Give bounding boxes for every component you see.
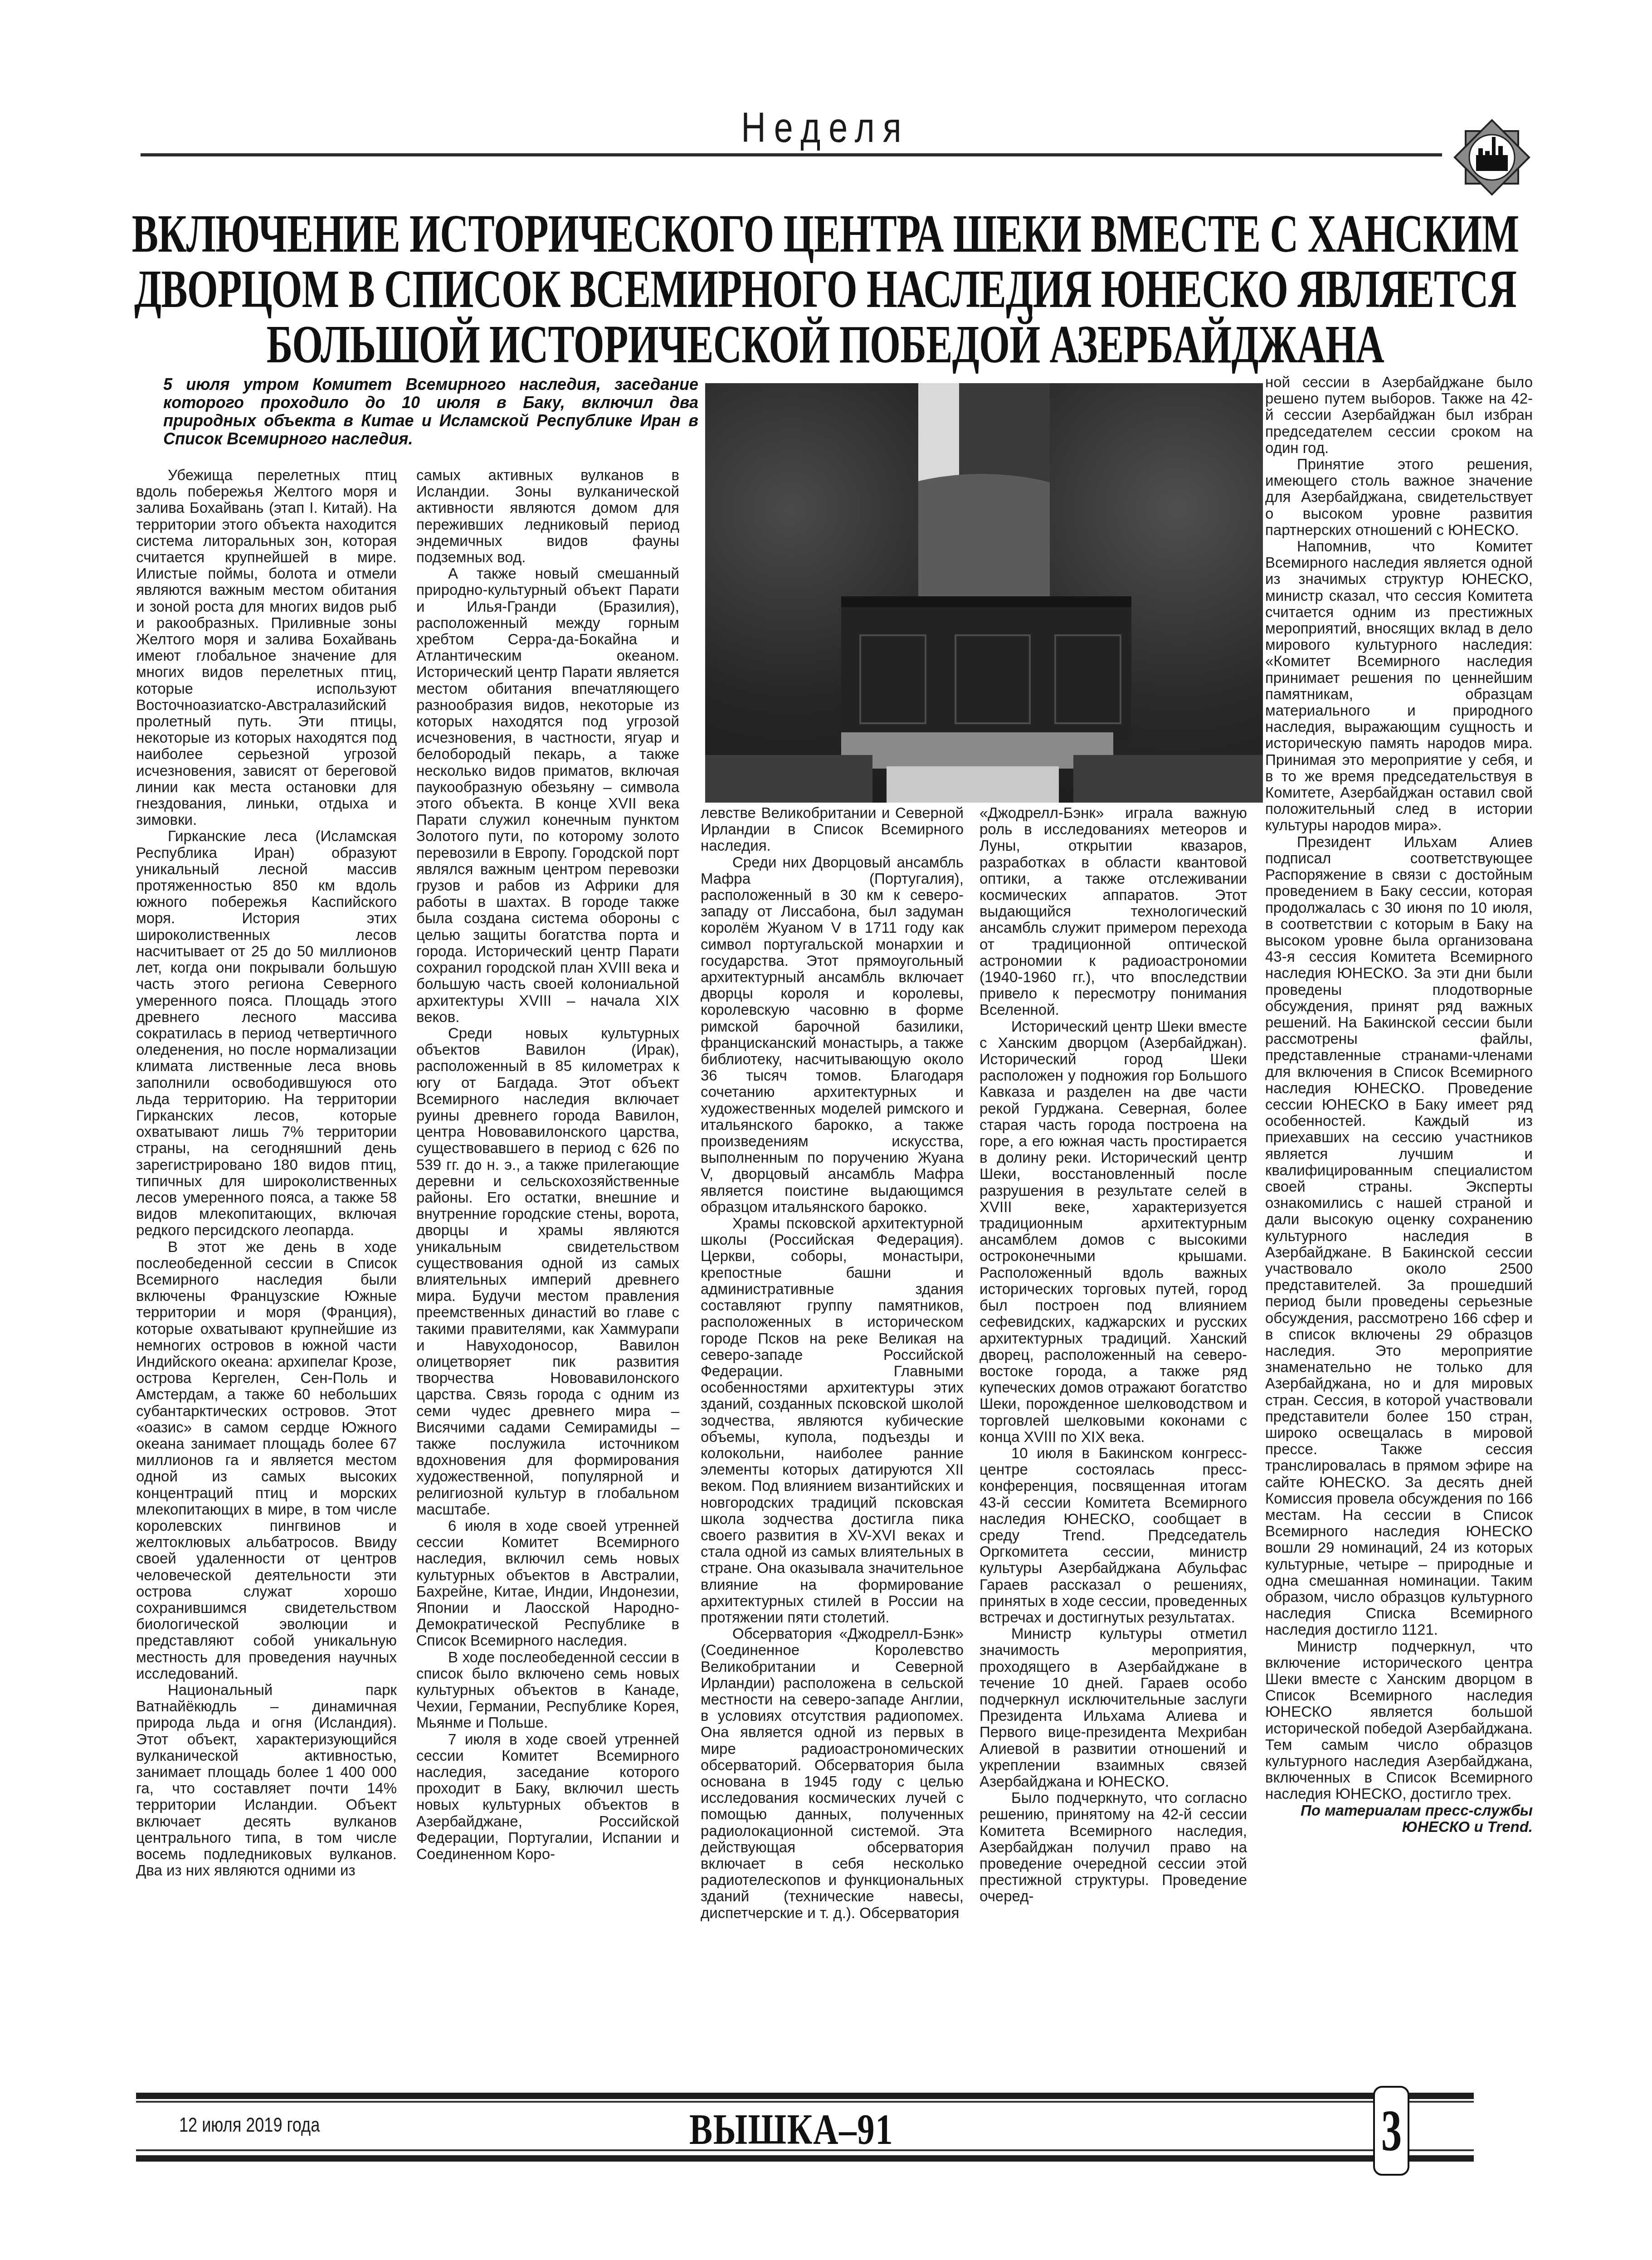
paragraph: Исторический центр Шеки вместе с Ханским…	[980, 1018, 1247, 1445]
paragraph: Было подчеркнуто, что согласно решению, …	[980, 1790, 1247, 1904]
paragraph: самых активных вулканов в Исландии. Зоны…	[416, 467, 679, 565]
headline-line-1: ВКЛЮЧЕНИЕ ИСТОРИЧЕСКОГО ЦЕНТРА ШЕКИ ВМЕС…	[40, 206, 1610, 262]
footer-rule	[136, 2155, 1474, 2162]
paragraph: Гирканские леса (Исламская Республика Ир…	[136, 828, 397, 1238]
paragraph: Храмы псковской архитектурной школы (Рос…	[701, 1215, 964, 1626]
paragraph: Убежища перелетных птиц вдоль побережья …	[136, 467, 397, 828]
source-signature: По материалам пресс-службы ЮНЕСКО и Tren…	[1265, 1802, 1533, 1835]
footer-rule	[136, 2093, 1474, 2099]
paragraph: Принятие этого решения, имеющего столь в…	[1265, 456, 1533, 538]
paragraph: ной сессии в Азербайджане было решено пу…	[1265, 374, 1533, 456]
article-column-2: самых активных вулканов в Исландии. Зоны…	[416, 467, 679, 1862]
paragraph: Президент Ильхам Алиев подписал соответс…	[1265, 834, 1533, 1638]
palace-photo	[705, 383, 1263, 803]
lead-paragraph: 5 июля утром Комитет Всемирного наследия…	[163, 375, 698, 448]
article-column-3: левстве Великобритании и Северной Ирланд…	[701, 805, 964, 1921]
issue-date: 12 июля 2019 года	[179, 2114, 320, 2137]
paragraph: Напомнив, что Комитет Всемирного наследи…	[1265, 538, 1533, 834]
paragraph: 6 июля в ходе своей утренней сессии Коми…	[416, 1518, 679, 1649]
paragraph: «Джодрелл-Бэнк» играла важную роль в исс…	[980, 805, 1247, 1018]
paragraph: Национальный парк Ватнайёкюдль – динамич…	[136, 1682, 397, 1879]
article-column-4: «Джодрелл-Бэнк» играла важную роль в исс…	[980, 805, 1247, 1905]
paragraph: В ходе послеобеденной сессии в список бы…	[416, 1649, 679, 1731]
page-number: 3	[1373, 2086, 1409, 2176]
paragraph: Министр культуры отметил значимость меро…	[980, 1626, 1247, 1790]
paragraph: Обсерватория «Джодрелл-Бэнк» (Соединенно…	[701, 1626, 964, 1921]
paragraph: Министр подчеркнул, что включение истори…	[1265, 1638, 1533, 1802]
headline-line-2: ДВОРЦОМ В СПИСОК ВСЕМИРНОГО НАСЛЕДИЯ ЮНЕ…	[40, 262, 1610, 317]
article-column-5: ной сессии в Азербайджане было решено пу…	[1265, 374, 1533, 1835]
footer-rule	[136, 2101, 1474, 2103]
article-column-1: Убежища перелетных птиц вдоль побережья …	[136, 467, 397, 1879]
paragraph: Среди новых культурных объектов Вавилон …	[416, 1025, 679, 1518]
newspaper-name: ВЫШКА–91	[689, 2104, 893, 2154]
headline-line-3: БОЛЬШОЙ ИСТОРИЧЕСКОЙ ПОБЕДОЙ АЗЕРБАЙДЖАН…	[40, 317, 1610, 372]
paragraph: В этот же день в ходе послеобеденной сес…	[136, 1239, 397, 1682]
page-number-text: 3	[1381, 2097, 1402, 2165]
paragraph: Среди них Дворцовый ансамбль Мафра (Порт…	[701, 854, 964, 1215]
footer-rule	[136, 2149, 1474, 2151]
headline: ВКЛЮЧЕНИЕ ИСТОРИЧЕСКОГО ЦЕНТРА ШЕКИ ВМЕС…	[40, 206, 1610, 372]
section-label: Неделя	[729, 104, 922, 152]
paragraph: левстве Великобритании и Северной Ирланд…	[701, 805, 964, 854]
paragraph: А также новый смешанный природно-культур…	[416, 565, 679, 1025]
header-rule	[141, 153, 1442, 156]
oil-derrick-emblem-icon	[1453, 119, 1530, 196]
paragraph: 7 июля в ходе своей утренней сессии Коми…	[416, 1731, 679, 1863]
paragraph: 10 июля в Бакинском конгресс-центре сост…	[980, 1445, 1247, 1626]
